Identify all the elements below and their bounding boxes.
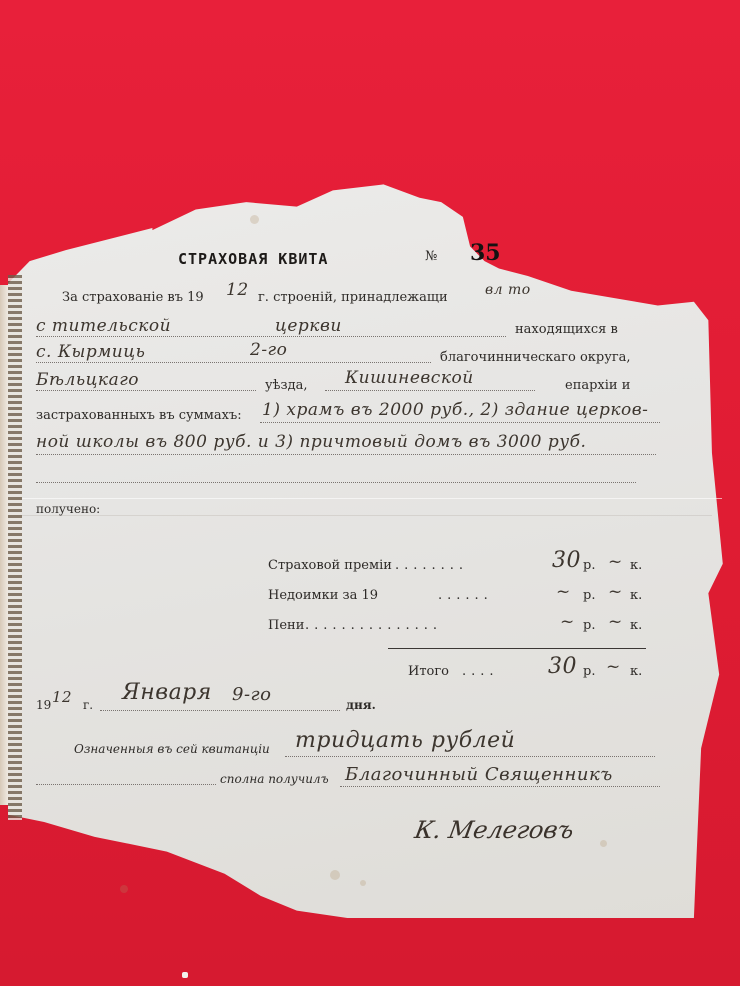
date-day-handwritten: 9-го [232, 684, 271, 705]
stain [330, 870, 340, 880]
rubles-unit: р. [583, 664, 595, 679]
dot-leader: ............... [305, 618, 442, 633]
rubles-unit: р. [583, 588, 595, 603]
premium-rubles: 30 [552, 548, 581, 573]
fill-line [36, 482, 636, 483]
fill-line [36, 454, 656, 455]
sum-in-words-handwritten: тридцать рублей [295, 728, 515, 753]
fill-line [100, 710, 340, 711]
insured-sums-handwritten-2: ной школы въ 800 руб. и 3) причтовый дом… [36, 432, 586, 452]
premium-label: Страховой преміи [268, 558, 392, 573]
fill-line [36, 784, 216, 785]
insurance-year-handwritten: 12 [226, 280, 249, 300]
received-label: получено: [36, 502, 100, 516]
day-label: дня. [346, 698, 376, 712]
date-year-handwritten: 12 [52, 688, 72, 706]
receiver-title-handwritten: Благочинный Священникъ [345, 764, 613, 785]
arrears-rubles: ~ [556, 582, 571, 602]
eparchy-handwritten: Кишиневской [345, 368, 474, 388]
fill-line [340, 786, 660, 787]
rubles-unit: р. [583, 618, 595, 633]
total-rubles: 30 [548, 654, 577, 679]
perforated-stub-border [8, 275, 22, 820]
buildings-belonging-label: г. строеній, принадлежащи [258, 290, 448, 305]
total-kopecks: ~ [606, 657, 621, 677]
owner-handwritten: вл то [485, 282, 531, 298]
church-name-handwritten: с тительской [36, 316, 171, 336]
number-label: № [425, 249, 437, 264]
fill-line [325, 390, 535, 391]
paper-fold [22, 498, 722, 499]
kopecks-unit: к. [630, 588, 642, 603]
stain [250, 215, 259, 224]
premium-kopecks: ~ [608, 552, 623, 572]
date-year-prefix: 19 [36, 698, 51, 712]
rubles-unit: р. [583, 558, 595, 573]
date-month-handwritten: Января [122, 680, 212, 705]
insurance-year-label: За страхованіе въ 19 [62, 290, 204, 305]
paper-fragment [182, 972, 188, 978]
eparchy-label: епархіи и [565, 378, 630, 393]
signature: К. Мелеговъ [413, 816, 577, 844]
dot-leader: ........ [395, 558, 468, 573]
village-handwritten: с. Кырмиць [36, 342, 145, 362]
total-label: Итого [408, 664, 449, 679]
paper-fold-shadow [22, 515, 712, 516]
county-label: уѣзда, [265, 378, 307, 393]
kopecks-unit: к. [630, 618, 642, 633]
church-word-handwritten: церкви [275, 316, 342, 336]
receipt-title: СТРАХОВАЯ КВИТА [178, 250, 328, 268]
fill-line [36, 336, 506, 337]
fill-line [285, 756, 655, 757]
insured-sums-handwritten-1: 1) храмъ въ 2000 руб., 2) здание церков- [262, 400, 648, 420]
district-number-handwritten: 2-го [250, 340, 287, 360]
date-year-suffix: г. [83, 698, 93, 712]
penalty-rubles: ~ [560, 612, 575, 632]
dot-leader: .... [462, 664, 499, 679]
penalty-kopecks: ~ [608, 612, 623, 632]
total-rule [388, 648, 646, 649]
receipt-stub-edge [0, 285, 8, 805]
received-in-full-label: сполна получилъ [220, 772, 329, 786]
fill-line [36, 362, 431, 363]
sum-mentioned-label: Означенныя въ сей квитанціи [74, 742, 270, 756]
kopecks-unit: к. [630, 558, 642, 573]
arrears-label: Недоимки за 19 [268, 588, 378, 603]
fill-line [260, 422, 660, 423]
deanery-district-label: благочинническаго округа, [440, 350, 631, 365]
dot-leader: ...... [438, 588, 493, 603]
fill-line [36, 390, 256, 391]
kopecks-unit: к. [630, 664, 642, 679]
insured-sums-label: застрахованныхъ въ суммахъ: [36, 408, 242, 423]
penalty-label: Пени [268, 618, 304, 633]
stain [120, 885, 128, 893]
arrears-kopecks: ~ [608, 582, 623, 602]
receipt-number: 35 [470, 240, 501, 266]
county-handwritten: Бѣльцкаго [36, 370, 139, 390]
located-in-label: находящихся в [515, 322, 618, 337]
stain [600, 840, 607, 847]
stain [360, 880, 366, 886]
